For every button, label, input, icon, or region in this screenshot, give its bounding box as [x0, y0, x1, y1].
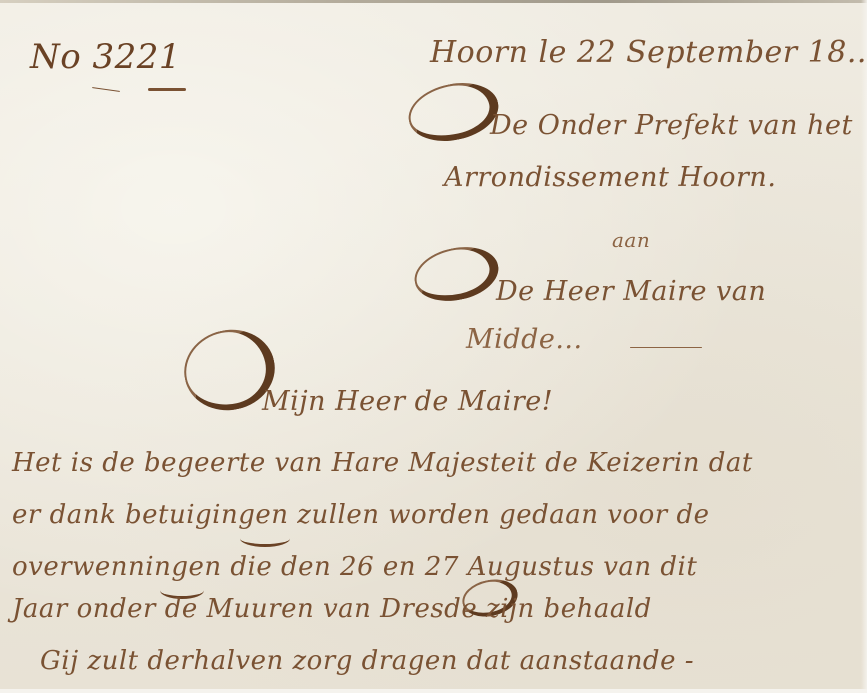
sender-line-1: De Onder Prefekt van het: [490, 112, 853, 139]
paper-right-edge: [861, 0, 867, 693]
reference-number: No 3221: [30, 40, 181, 74]
paper-top-edge: [0, 0, 867, 3]
to-label: aan: [612, 230, 650, 250]
body-line-2: er dank betuigingen zullen worden gedaan…: [12, 502, 710, 528]
reference-underline-bold: [148, 88, 186, 91]
recipient-underline: [630, 347, 702, 348]
sender-line-2: Arrondissement Hoorn.: [444, 164, 776, 191]
recipient-line-2: Midde...: [466, 326, 583, 353]
body-line-3: overwenningen die den 26 en 27 Augustus …: [12, 554, 697, 580]
body-line-1: Het is de begeerte van Hare Majesteit de…: [12, 450, 753, 476]
body-line-5: Gij zult derhalven zorg dragen dat aanst…: [40, 648, 694, 674]
salutation: Mijn Heer de Maire!: [262, 388, 553, 415]
body-line-4: Jaar onder de Muuren van Dresde zijn beh…: [12, 596, 652, 622]
paper-bottom-edge: [0, 689, 867, 693]
place-date: Hoorn le 22 September 18..: [430, 38, 867, 68]
recipient-line-1: De Heer Maire van: [496, 278, 766, 305]
descender-swash: [240, 530, 290, 547]
